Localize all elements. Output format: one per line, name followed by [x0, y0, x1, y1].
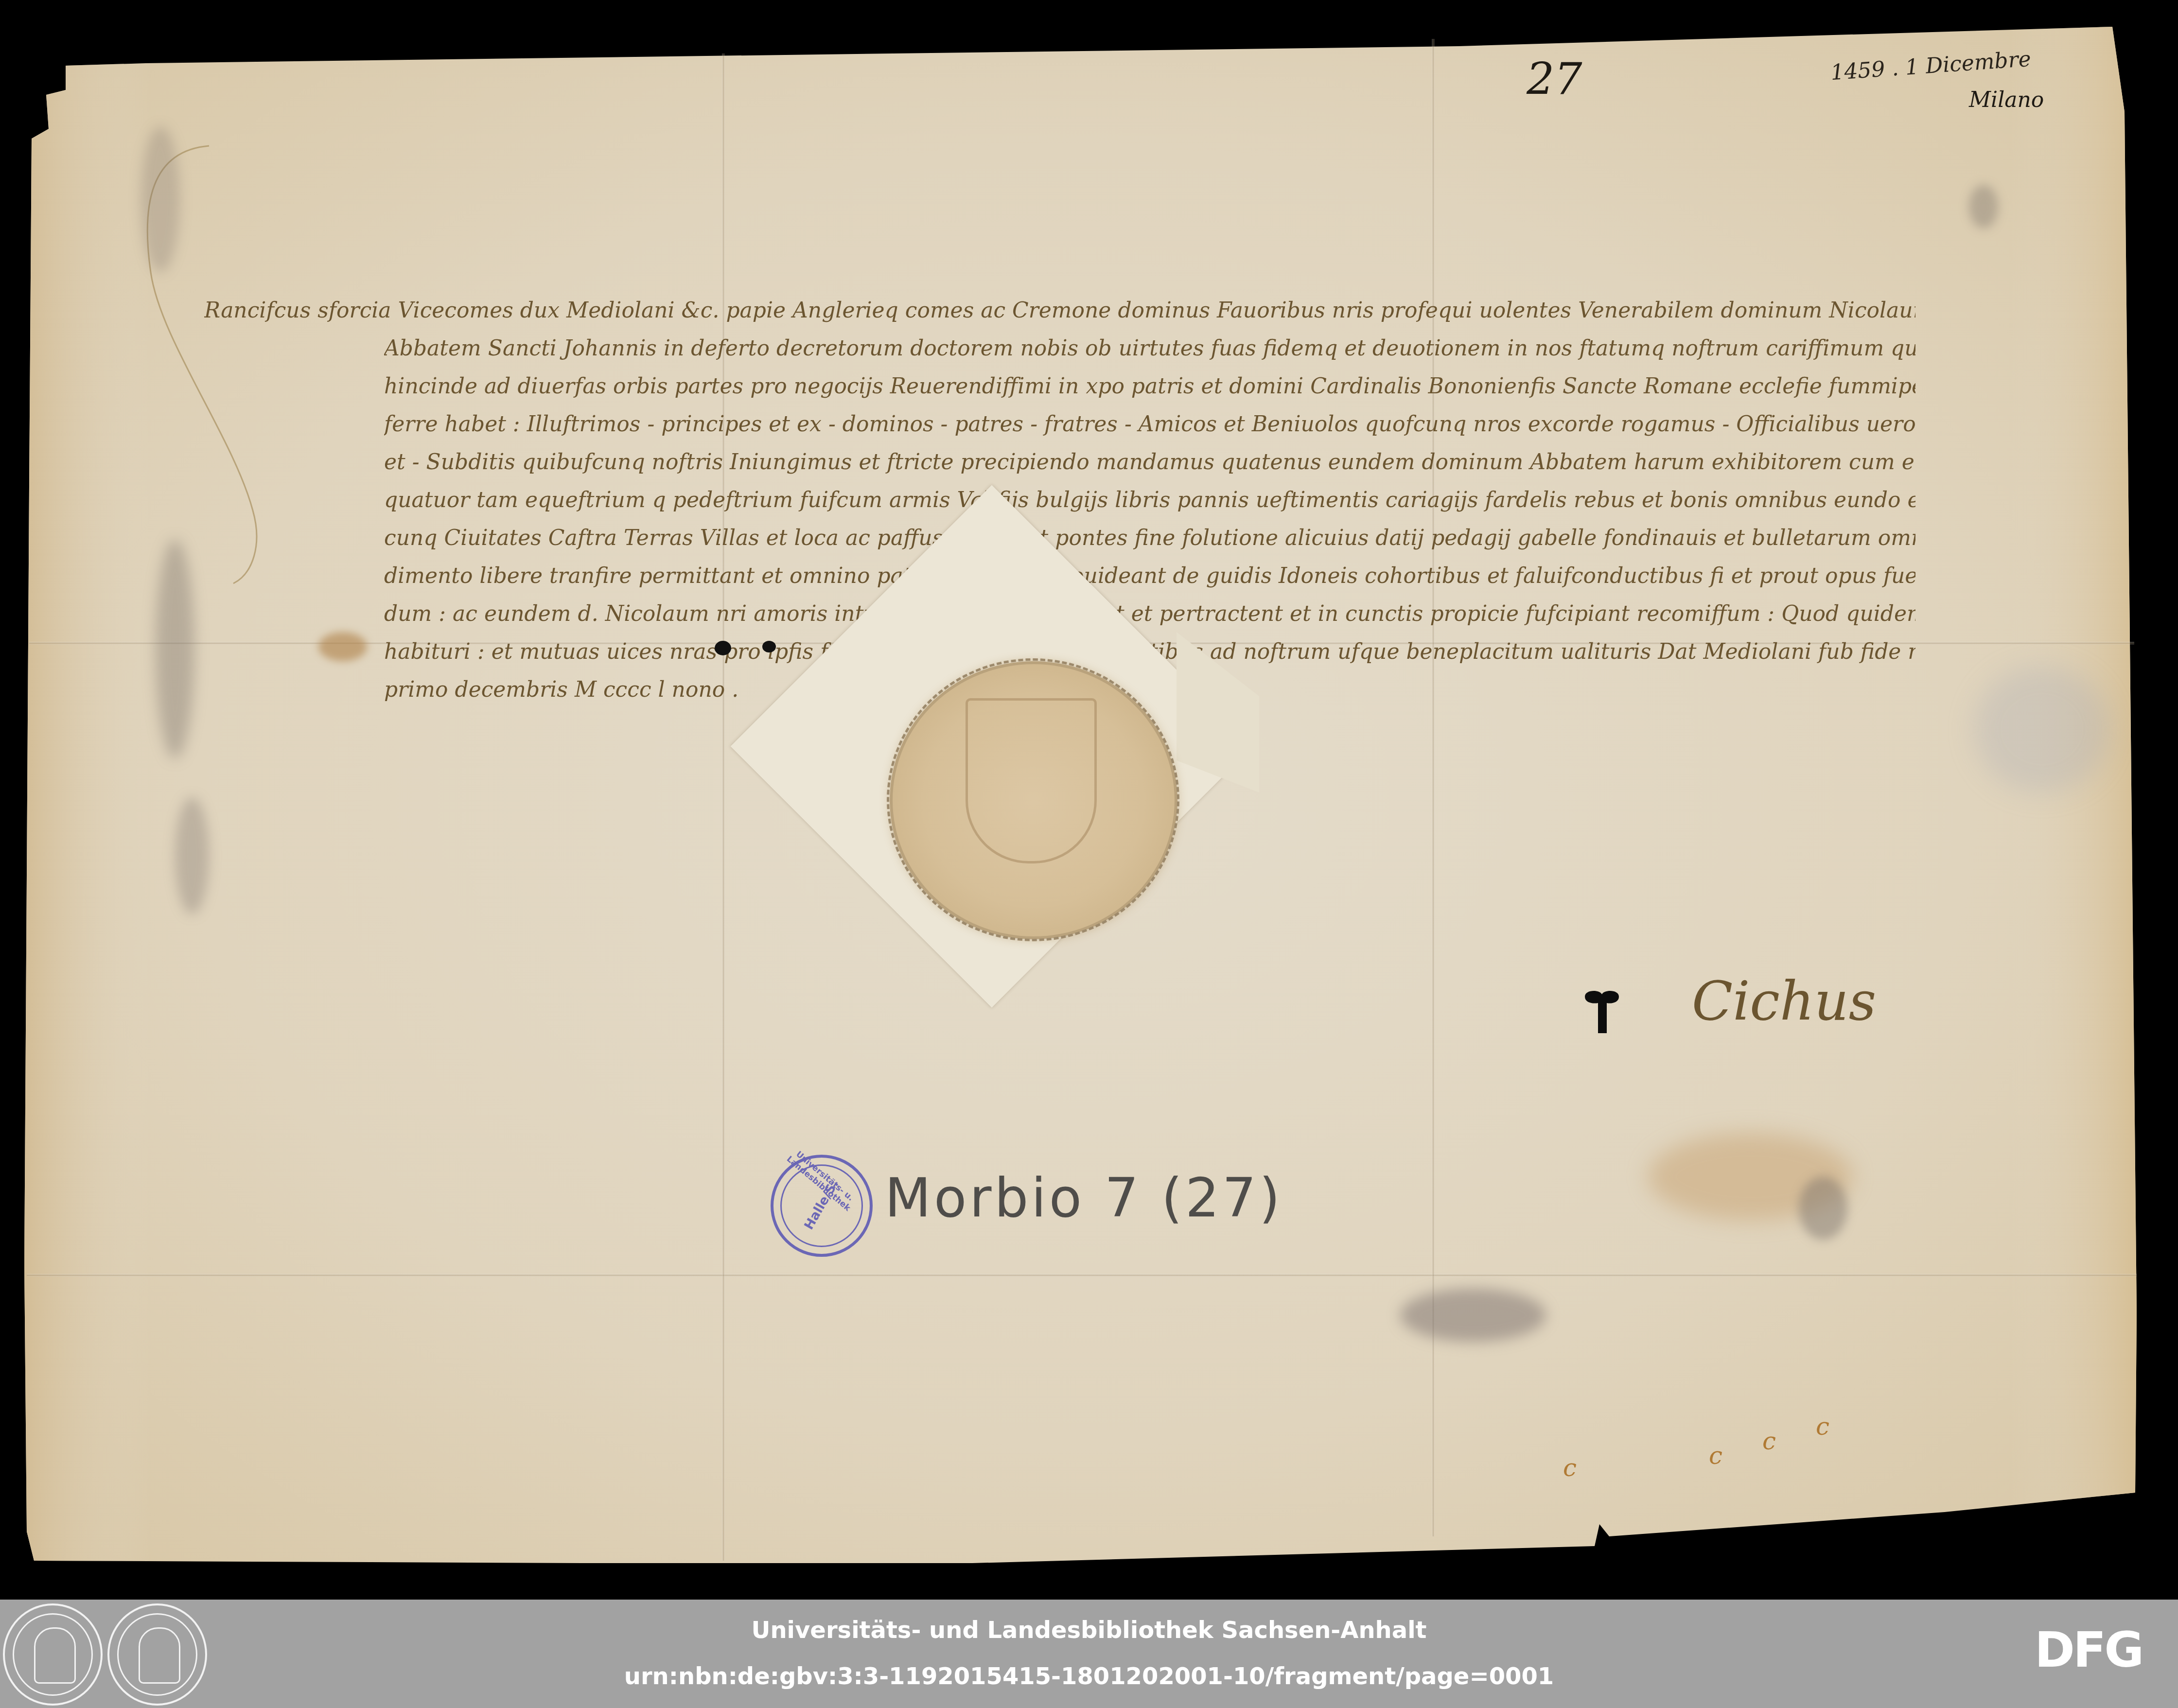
margin-mark: c: [1563, 1454, 1577, 1482]
secretary-signature: Cichus: [1692, 970, 1876, 1032]
coat-of-arms-icon: [966, 698, 1097, 863]
ink-blot: [762, 641, 776, 652]
document-scan: 27 1459 . 1 Dicembre Milano Rancifcus sf…: [0, 0, 2178, 1600]
dfg-logo: DFG: [2035, 1621, 2142, 1678]
text-line: cunq Ciuitates Caftra Terras Villas et l…: [384, 519, 1915, 557]
margin-mark: c: [1762, 1427, 1776, 1455]
urn-identifier: urn:nbn:de:gbv:3:3-1192015415-1801202001…: [0, 1663, 2178, 1690]
text-line: ferre habet : Illuftrimos - principes et…: [384, 405, 1915, 443]
text-line: dimento libere tranfire permittant et om…: [384, 557, 1915, 595]
text-line: hincinde ad diuerfas orbis partes pro ne…: [384, 368, 1915, 405]
text-line: quatuor tam equeftrium q pedeftrium fuif…: [384, 481, 1915, 519]
text-line: Abbatem Sancti Johannis in deferto decre…: [384, 330, 1915, 368]
text-line: Rancifcus sforcia Vicecomes dux Mediolan…: [204, 292, 1915, 330]
margin-mark: c: [1816, 1412, 1829, 1441]
shelfmark: Morbio 7 (27): [885, 1167, 1283, 1229]
ink-blot: [715, 641, 731, 655]
notary-mark-icon: [1582, 987, 1621, 1036]
library-stamp: Universitäts- u. Landesbibliothek Halle/…: [771, 1155, 873, 1257]
archive-number: 27: [1527, 53, 1582, 105]
wax-seal: [890, 661, 1177, 939]
text-line: dum : ac eundem d. Nicolaum nri amoris i…: [384, 595, 1915, 633]
institution-name: Universitäts- und Landesbibliothek Sachs…: [0, 1617, 2178, 1644]
text-line: et - Subditis quibufcunq noftris Iniungi…: [384, 443, 1915, 481]
viewer-footer: Universitäts- und Landesbibliothek Sachs…: [0, 1600, 2178, 1708]
margin-mark: c: [1709, 1442, 1722, 1470]
place-annotation: Milano: [1969, 88, 2044, 112]
